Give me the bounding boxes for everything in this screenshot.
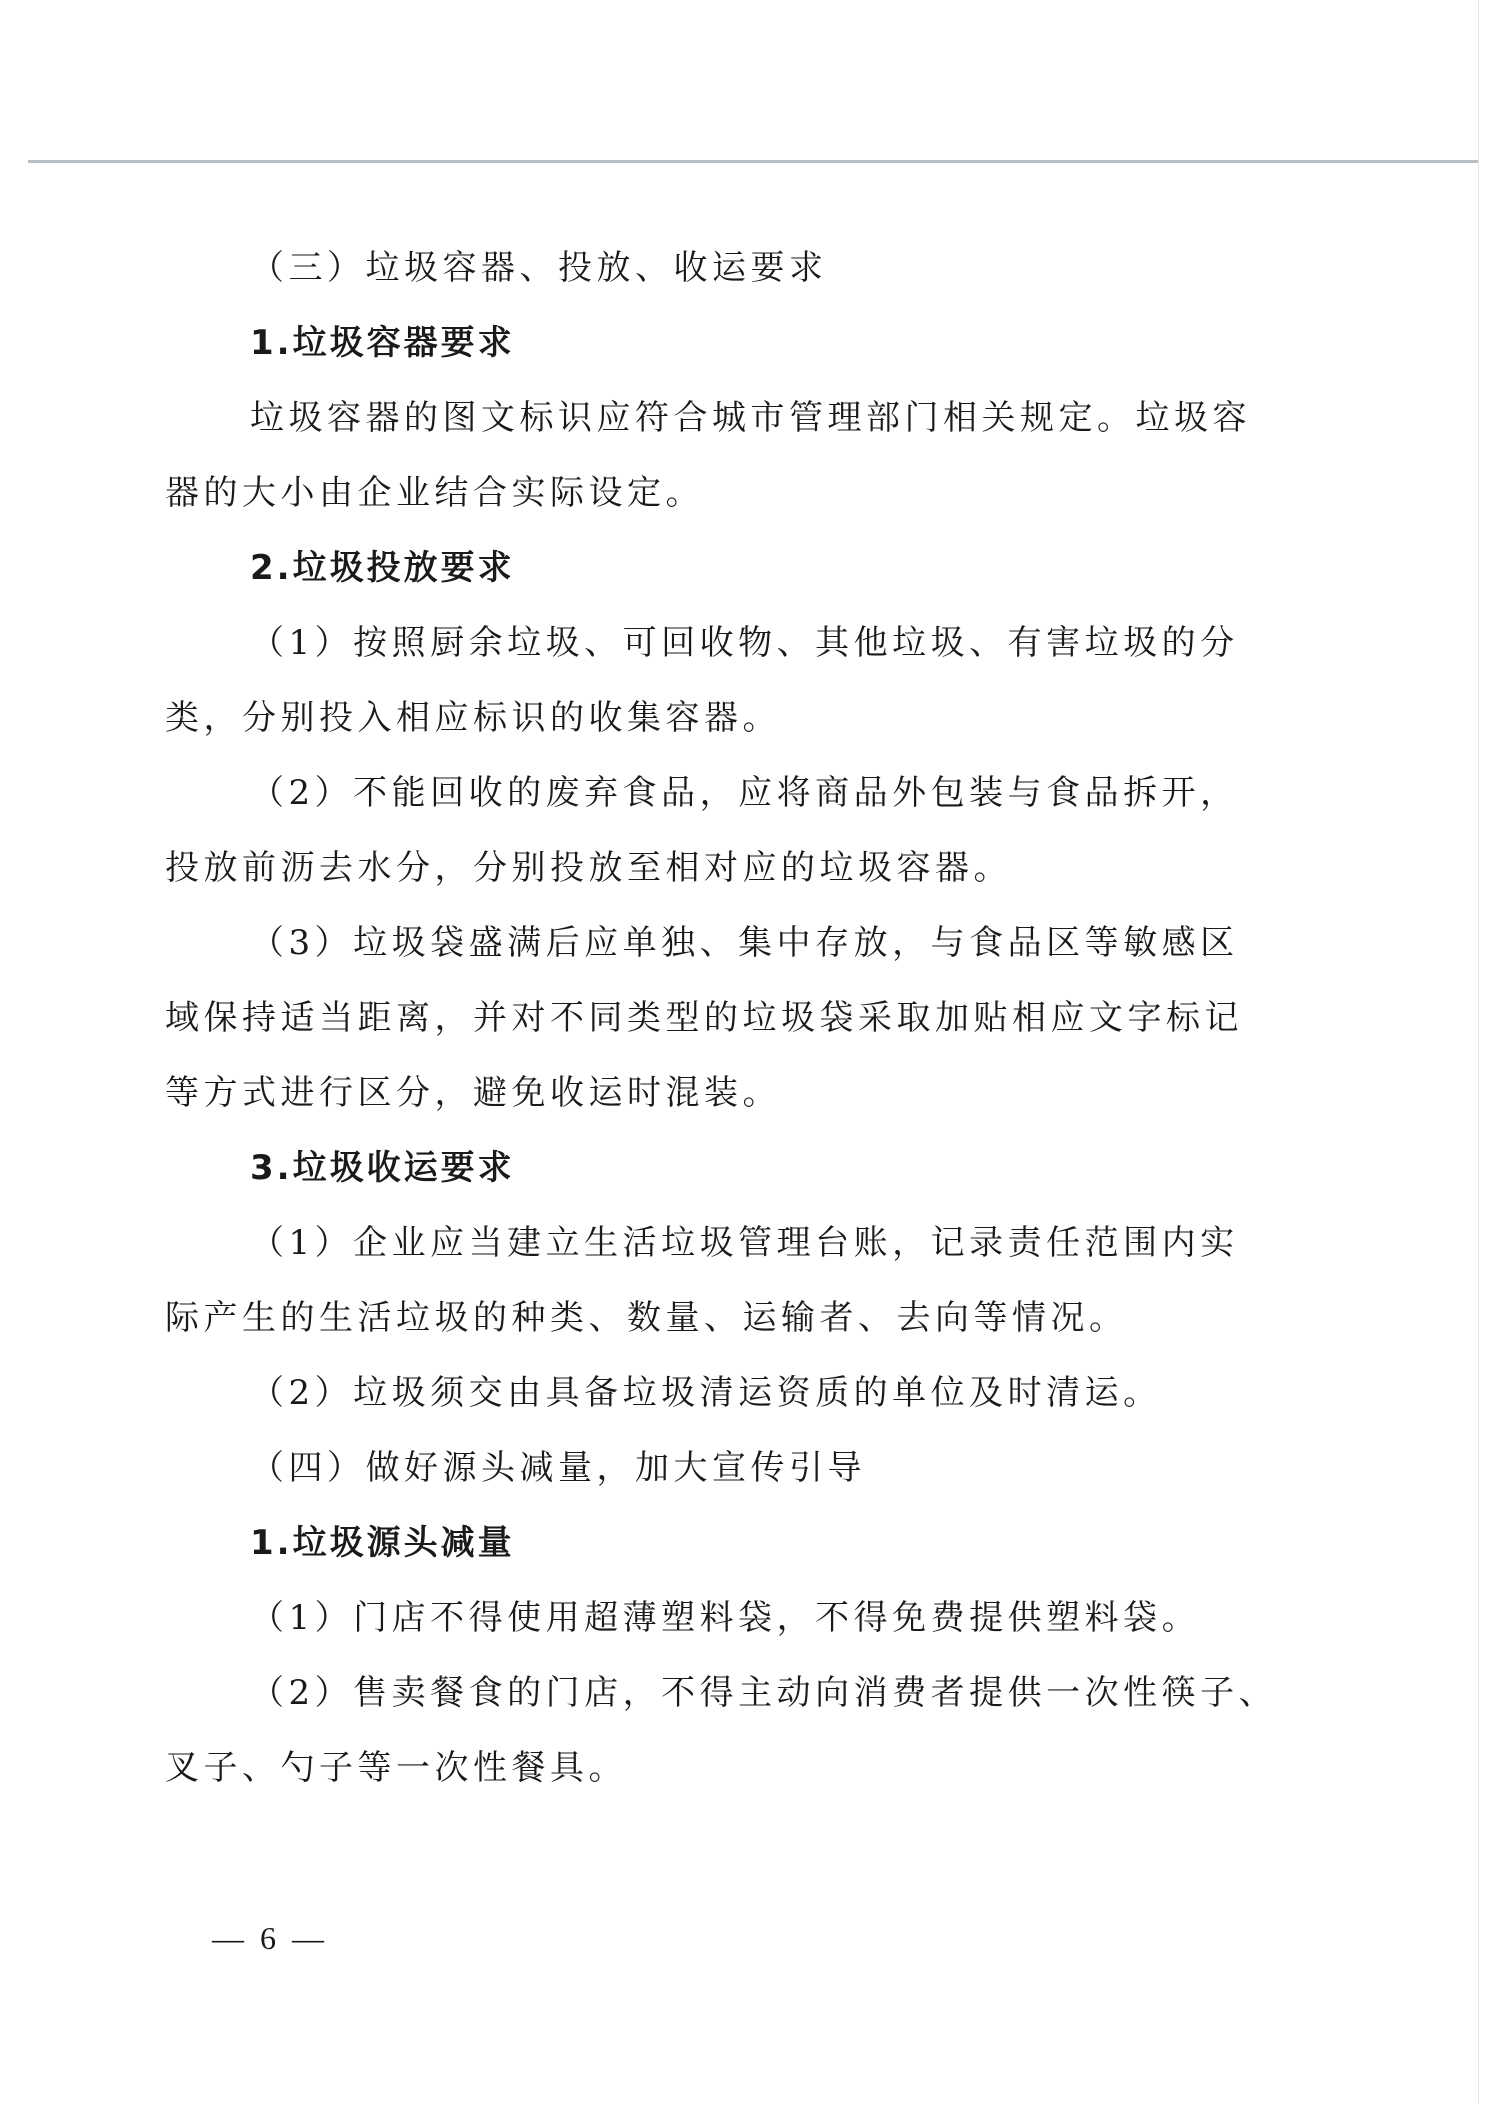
section-heading: 1.垃圾容器要求: [250, 323, 515, 363]
paragraph-line: （2）售卖餐食的门店，不得主动向消费者提供一次性筷子、: [250, 1673, 1277, 1713]
paragraph-line: （1）按照厨余垃圾、可回收物、其他垃圾、有害垃圾的分: [250, 623, 1239, 663]
paragraph-line: 叉子、勺子等一次性餐具。: [165, 1748, 627, 1788]
section-heading: 2.垃圾投放要求: [250, 548, 515, 588]
page-number: — 6 —: [212, 1920, 328, 1957]
paragraph-line: 器的大小由企业结合实际设定。: [165, 473, 704, 513]
paragraph-line: （四）做好源头减量，加大宣传引导: [250, 1448, 866, 1488]
paragraph-line: （1）门店不得使用超薄塑料袋，不得免费提供塑料袋。: [250, 1598, 1200, 1638]
paragraph-line: （2）垃圾须交由具备垃圾清运资质的单位及时清运。: [250, 1373, 1162, 1413]
paragraph-line: （3）垃圾袋盛满后应单独、集中存放，与食品区等敏感区: [250, 923, 1239, 963]
paragraph-line: 投放前沥去水分，分别投放至相对应的垃圾容器。: [165, 848, 1012, 888]
paragraph-line: （三）垃圾容器、投放、收运要求: [250, 248, 828, 288]
section-heading: 1.垃圾源头减量: [250, 1523, 515, 1563]
paragraph-line: 类，分别投入相应标识的收集容器。: [165, 698, 781, 738]
paragraph-line: （2）不能回收的废弃食品，应将商品外包装与食品拆开，: [250, 773, 1239, 813]
scan-edge: [1478, 0, 1479, 2104]
paragraph-line: 际产生的生活垃圾的种类、数量、运输者、去向等情况。: [165, 1298, 1128, 1338]
paragraph-line: 等方式进行区分，避免收运时混装。: [165, 1073, 781, 1113]
paragraph-line: 域保持适当距离，并对不同类型的垃圾袋采取加贴相应文字标记: [165, 998, 1243, 1038]
header-rule: [28, 160, 1478, 163]
paragraph-line: 垃圾容器的图文标识应符合城市管理部门相关规定。垃圾容: [250, 398, 1251, 438]
section-heading: 3.垃圾收运要求: [250, 1148, 515, 1188]
paragraph-line: （1）企业应当建立生活垃圾管理台账，记录责任范围内实: [250, 1223, 1239, 1263]
